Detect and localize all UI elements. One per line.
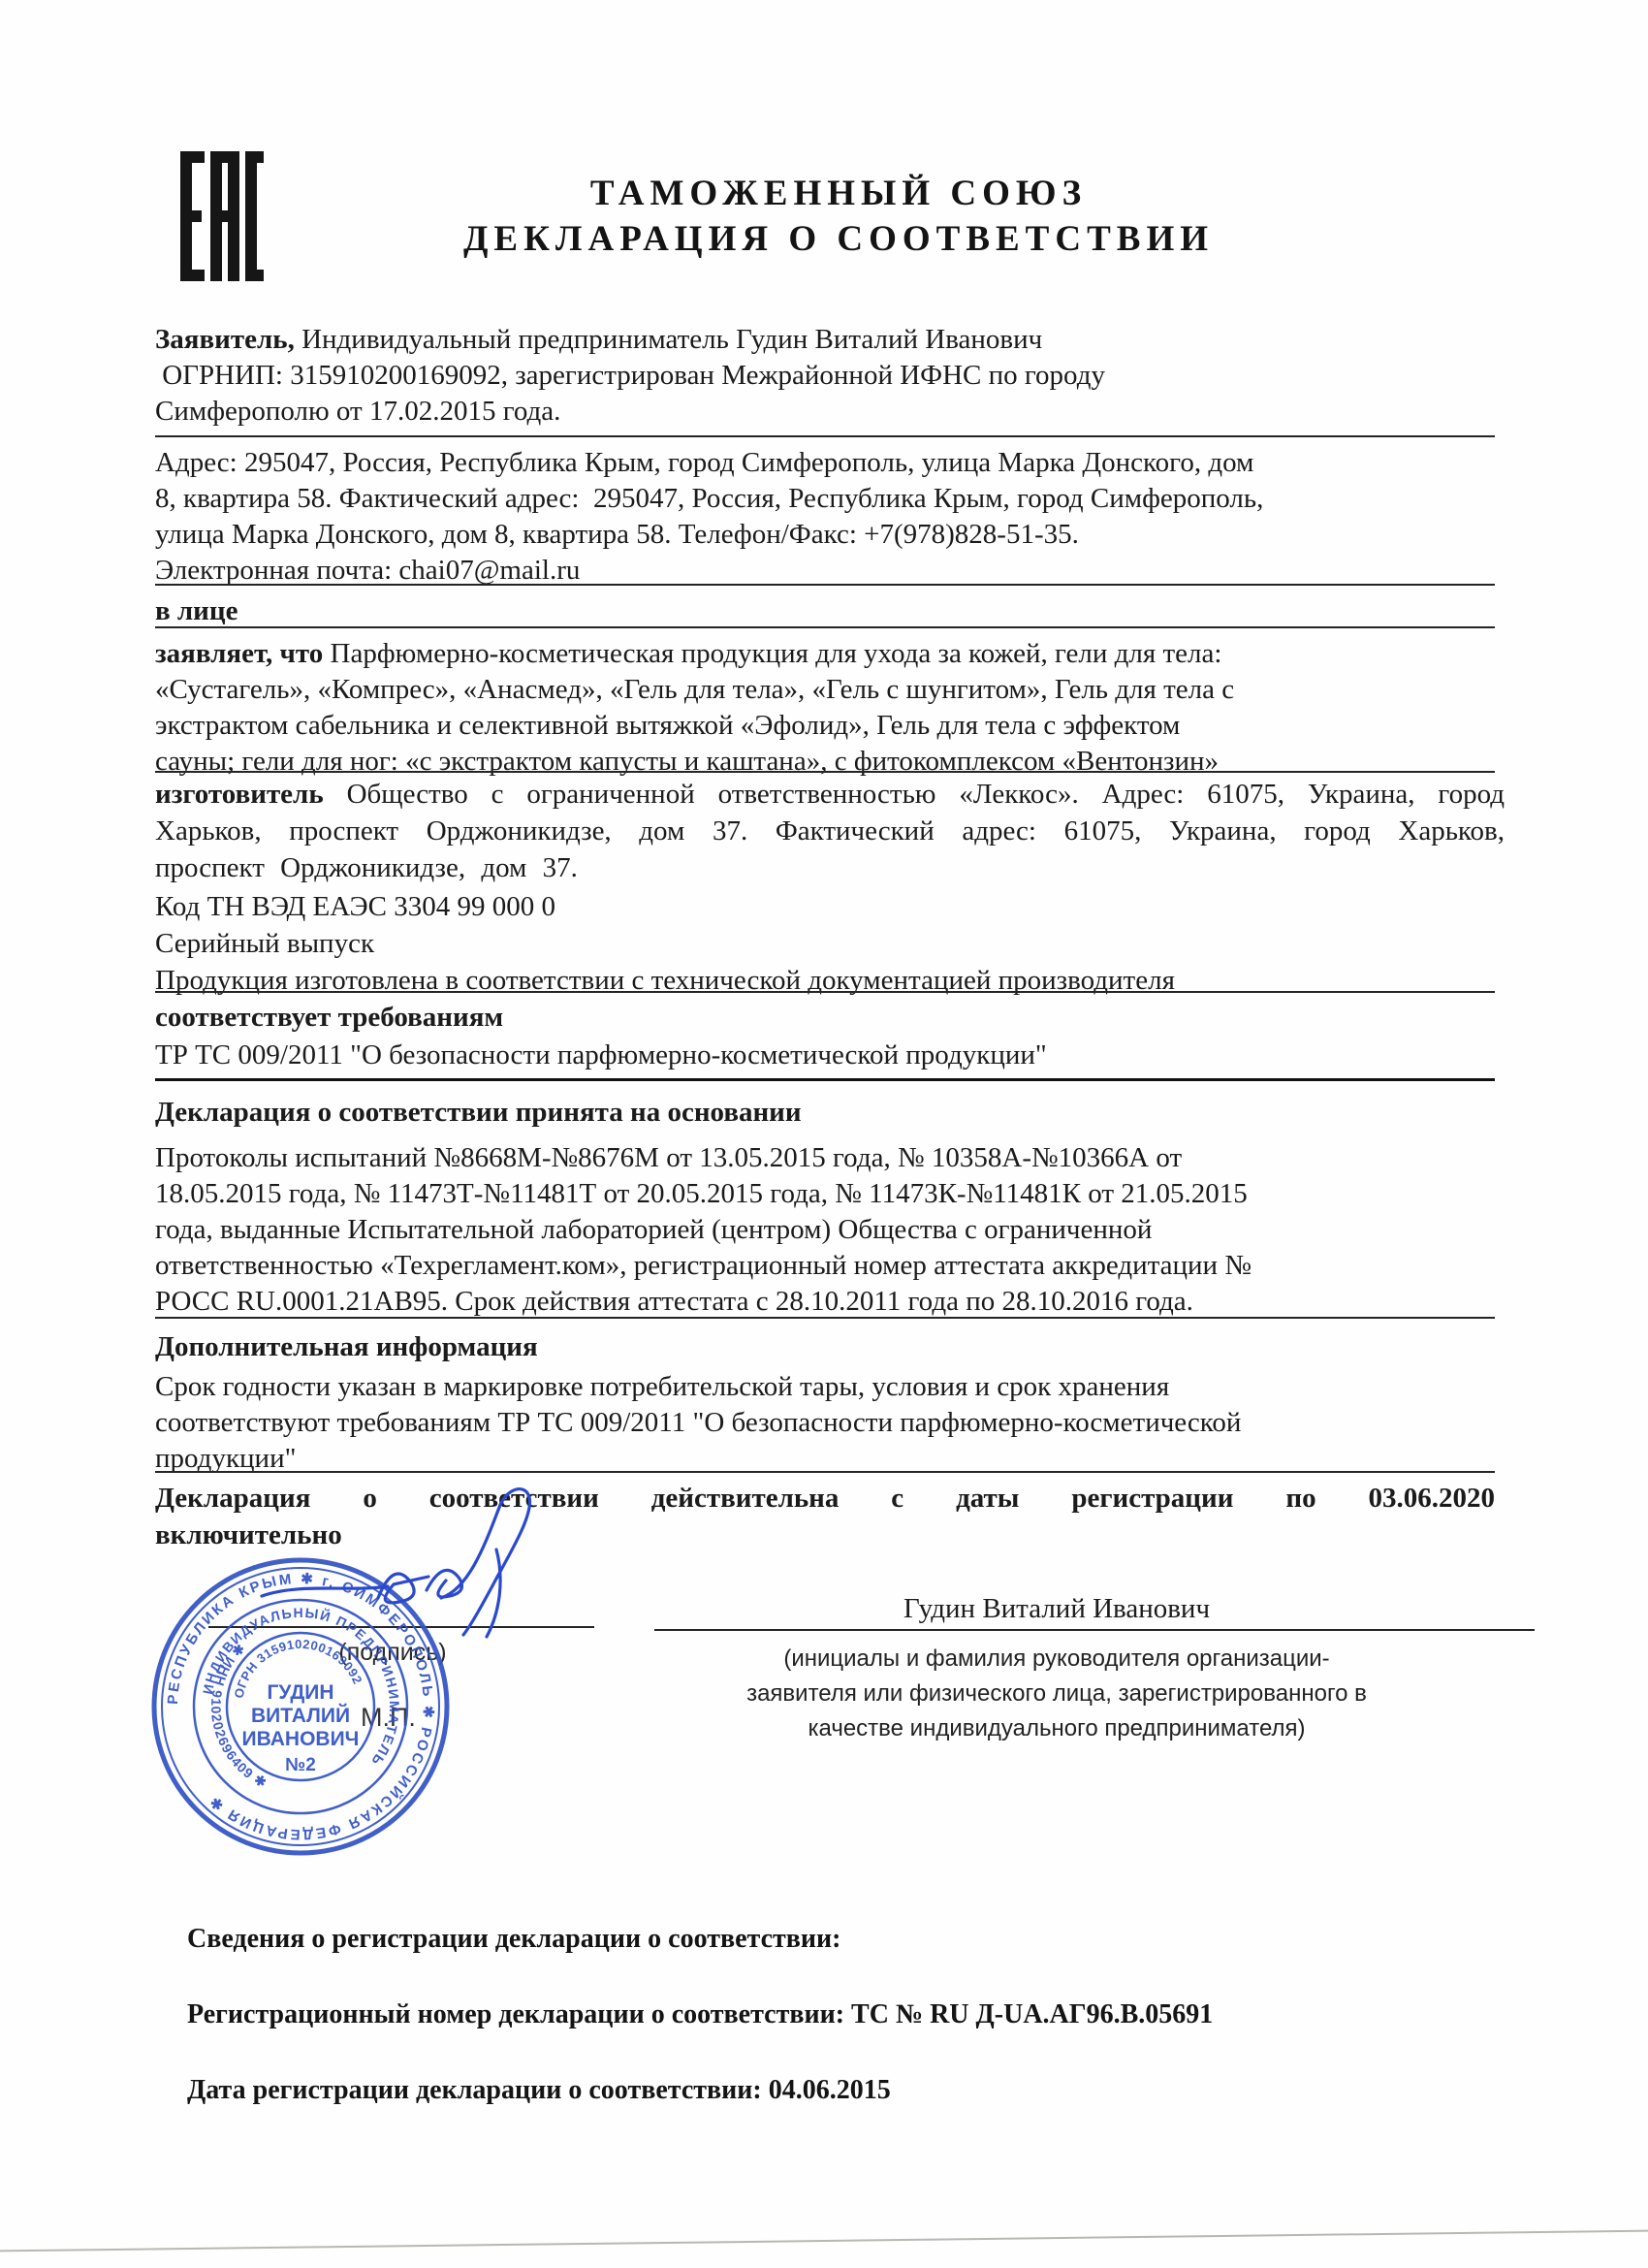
head-name-caption: (инициалы и фамилия руководителя организ… — [620, 1642, 1493, 1746]
divider-line — [155, 1078, 1495, 1081]
registration-info-label: Сведения о регистрации декларации о соот… — [187, 1920, 1544, 1958]
applicant-label: Заявитель, — [155, 324, 295, 355]
declares-paragraph: заявляет, что Парфюмерно-косметическая п… — [155, 636, 1505, 780]
scan-artifact-line — [0, 2230, 1648, 2252]
manufacturer-label: изготовитель — [155, 779, 324, 810]
made-note-line: Продукция изготовлена в соответствии с т… — [155, 963, 1505, 999]
basis-label: Декларация о соответствии принята на осн… — [155, 1095, 1505, 1131]
head-name: Гудин Виталий Иванович — [620, 1593, 1493, 1625]
additional-info-label: Дополнительная информация — [155, 1329, 1505, 1365]
head-name-line — [654, 1629, 1535, 1631]
manufacturer-paragraph: изготовитель Общество с ограниченной отв… — [155, 776, 1505, 886]
registration-date-line: Дата регистрации декларации о соответств… — [187, 2071, 1544, 2109]
divider-line — [155, 991, 1495, 993]
declares-label: заявляет, что — [155, 638, 323, 669]
protocols-paragraph: Протоколы испытаний №8668М-№8676М от 13.… — [155, 1140, 1505, 1320]
serial-issue-line: Серийный выпуск — [155, 926, 1505, 962]
additional-info-paragraph: Срок годности указан в маркировке потреб… — [155, 1369, 1505, 1477]
document-title: ТАМОЖЕННЫЙ СОЮЗ ДЕКЛАРАЦИЯ О СООТВЕТСТВИ… — [165, 171, 1512, 262]
applicant-paragraph: Заявитель, Индивидуальный предпринимател… — [155, 322, 1505, 430]
address-paragraph: Адрес: 295047, Россия, Республика Крым, … — [155, 445, 1505, 589]
divider-line — [155, 771, 1495, 773]
applicant-text: Индивидуальный предприниматель Гудин Вит… — [155, 324, 1105, 427]
tr-ts-line: ТР ТС 009/2011 "О безопасности парфюмерн… — [155, 1038, 1505, 1073]
title-line-2: ДЕКЛАРАЦИЯ О СООТВЕТСТВИИ — [165, 216, 1512, 262]
registration-block: Сведения о регистрации декларации о соот… — [187, 1882, 1544, 2147]
document-page: ТАМОЖЕННЫЙ СОЮЗ ДЕКЛАРАЦИЯ О СООТВЕТСТВИ… — [0, 0, 1648, 2268]
manufacturer-text: Общество с ограниченной ответственностью… — [155, 779, 1505, 883]
stamp-center-name-2: ВИТАЛИЙ — [251, 1704, 350, 1727]
complies-label: соответствует требованиям — [155, 1000, 1505, 1036]
in-person-label: в лице — [155, 593, 1505, 629]
divider-line — [155, 584, 1495, 586]
divider-line — [155, 626, 1495, 628]
title-line-1: ТАМОЖЕННЫЙ СОЮЗ — [165, 171, 1512, 216]
divider-line — [155, 435, 1495, 437]
stamp-center-name-3: ИВАНОВИЧ — [242, 1728, 360, 1750]
handwritten-signature — [242, 1482, 611, 1651]
stamp-center-number: №2 — [285, 1755, 316, 1775]
stamp-center-name-1: ГУДИН — [267, 1681, 333, 1704]
tn-ved-code-line: Код ТН ВЭД ЕАЭС 3304 99 000 0 — [155, 889, 1505, 925]
registration-number-line: Регистрационный номер декларации о соотв… — [187, 1996, 1544, 2033]
divider-line — [155, 1317, 1495, 1319]
divider-line — [155, 1471, 1495, 1473]
